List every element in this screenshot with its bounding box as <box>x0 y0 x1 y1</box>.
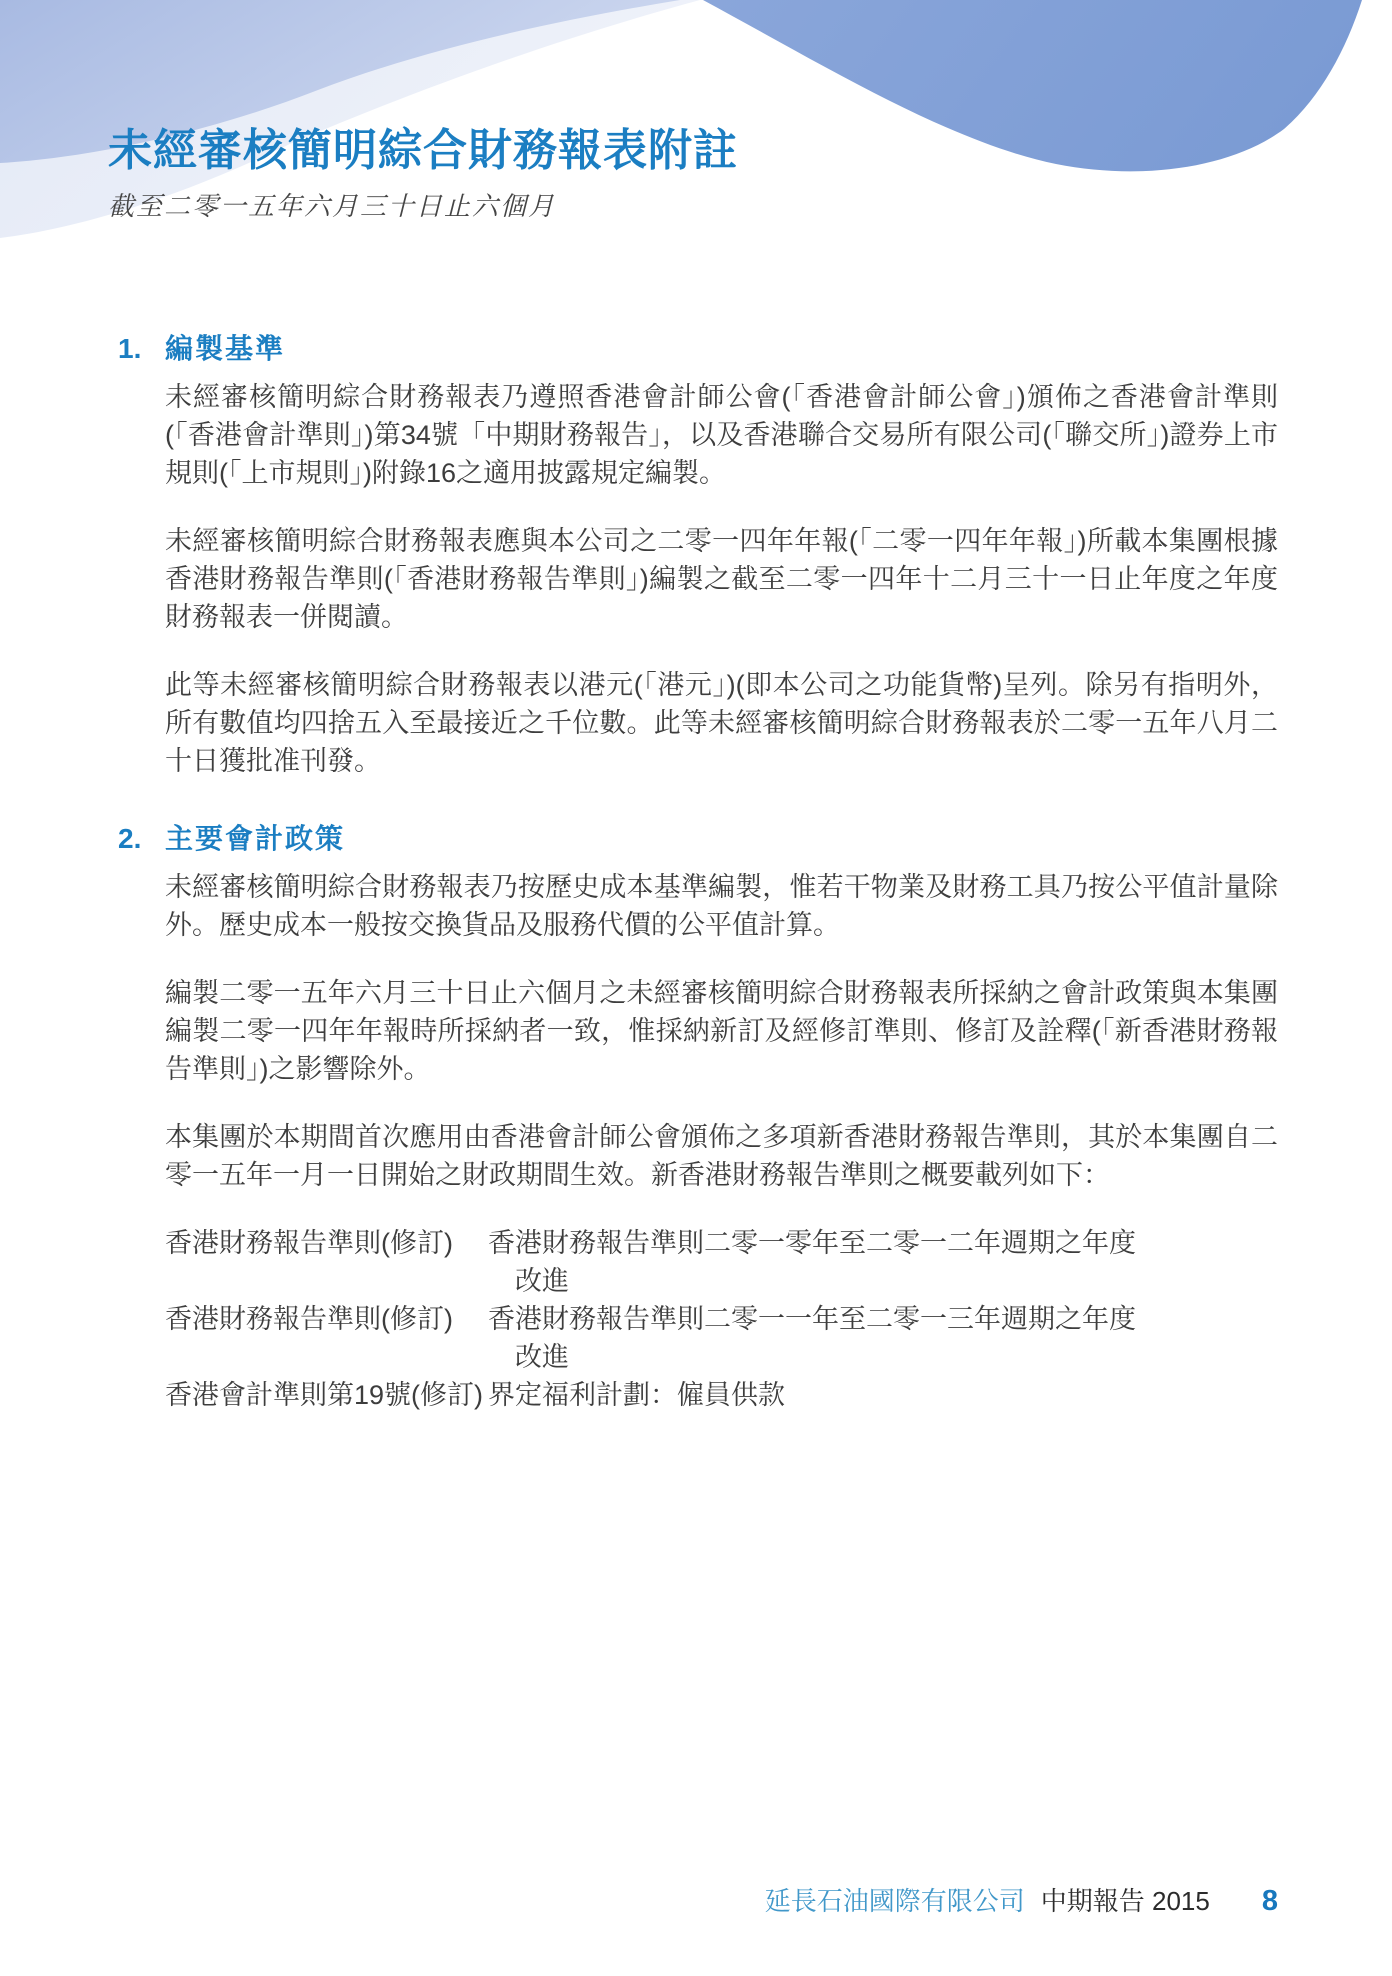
page-title: 未經審核簡明綜合財務報表附註 <box>108 126 738 177</box>
report-title: 中期報告 2015 <box>1041 1886 1210 1916</box>
paragraph: 未經審核簡明綜合財務報表乃按歷史成本基準編製，惟若干物業及財務工具乃按公平值計量… <box>165 868 1278 944</box>
standards-list: 香港財務報告準則(修訂) 香港財務報告準則二零一零年至二零一二年週期之年度 改進… <box>165 1224 1278 1414</box>
wave-blue-blob <box>703 0 1362 171</box>
paragraph: 本集團於本期間首次應用由香港會計師公會頒佈之多項新香港財務報告準則，其於本集團自… <box>165 1118 1278 1194</box>
standard-description-line: 改進 <box>488 1262 1278 1300</box>
paragraph: 編製二零一五年六月三十日止六個月之未經審核簡明綜合財務報表所採納之會計政策與本集… <box>165 974 1278 1088</box>
paragraph: 未經審核簡明綜合財務報表乃遵照香港會計師公會(「香港會計師公會」)頒佈之香港會計… <box>165 378 1278 492</box>
report-page: 未經審核簡明綜合財務報表附註 截至二零一五年六月三十日止六個月 1. 編製基準 … <box>0 0 1392 1976</box>
section-heading: 主要會計政策 <box>165 820 1278 858</box>
standard-description: 香港財務報告準則二零一一年至二零一三年週期之年度 改進 <box>488 1300 1278 1376</box>
standard-row: 香港會計準則第19號(修訂) 界定福利計劃：僱員供款 <box>165 1376 1278 1414</box>
section-number: 1. <box>118 330 165 810</box>
section-basis-of-preparation: 1. 編製基準 未經審核簡明綜合財務報表乃遵照香港會計師公會(「香港會計師公會」… <box>118 330 1278 810</box>
standard-row: 香港財務報告準則(修訂) 香港財務報告準則二零一零年至二零一二年週期之年度 改進 <box>165 1224 1278 1300</box>
page-subtitle: 截至二零一五年六月三十日止六個月 <box>108 191 738 222</box>
section-heading: 編製基準 <box>165 330 1278 368</box>
company-name: 延長石油國際有限公司 <box>765 1886 1025 1916</box>
paragraph: 此等未經審核簡明綜合財務報表以港元(「港元」)(即本公司之功能貨幣)呈列。除另有… <box>165 666 1278 780</box>
standard-description-line: 改進 <box>488 1338 1278 1376</box>
standard-term: 香港會計準則第19號(修訂) <box>165 1376 488 1414</box>
standard-term: 香港財務報告準則(修訂) <box>165 1224 488 1300</box>
standard-description-line: 香港財務報告準則二零一零年至二零一二年週期之年度 <box>488 1224 1278 1262</box>
paragraph: 未經審核簡明綜合財務報表應與本公司之二零一四年年報(「二零一四年年報」)所載本集… <box>165 522 1278 636</box>
section-content: 編製基準 未經審核簡明綜合財務報表乃遵照香港會計師公會(「香港會計師公會」)頒佈… <box>165 330 1278 810</box>
standard-term: 香港財務報告準則(修訂) <box>165 1300 488 1376</box>
page-footer: 延長石油國際有限公司中期報告 20158 <box>118 1884 1278 1918</box>
standard-description-line: 香港財務報告準則二零一一年至二零一三年週期之年度 <box>488 1300 1278 1338</box>
section-accounting-policies: 2. 主要會計政策 未經審核簡明綜合財務報表乃按歷史成本基準編製，惟若干物業及財… <box>118 820 1278 1414</box>
standard-description-line: 界定福利計劃：僱員供款 <box>488 1376 1278 1414</box>
standard-row: 香港財務報告準則(修訂) 香港財務報告準則二零一一年至二零一三年週期之年度 改進 <box>165 1300 1278 1376</box>
section-content: 主要會計政策 未經審核簡明綜合財務報表乃按歷史成本基準編製，惟若干物業及財務工具… <box>165 820 1278 1414</box>
section-number: 2. <box>118 820 165 1414</box>
document-header: 未經審核簡明綜合財務報表附註 截至二零一五年六月三十日止六個月 <box>108 126 738 222</box>
standard-description: 界定福利計劃：僱員供款 <box>488 1376 1278 1414</box>
standard-description: 香港財務報告準則二零一零年至二零一二年週期之年度 改進 <box>488 1224 1278 1300</box>
notes-body: 1. 編製基準 未經審核簡明綜合財務報表乃遵照香港會計師公會(「香港會計師公會」… <box>118 330 1278 1414</box>
page-number: 8 <box>1262 1885 1278 1917</box>
